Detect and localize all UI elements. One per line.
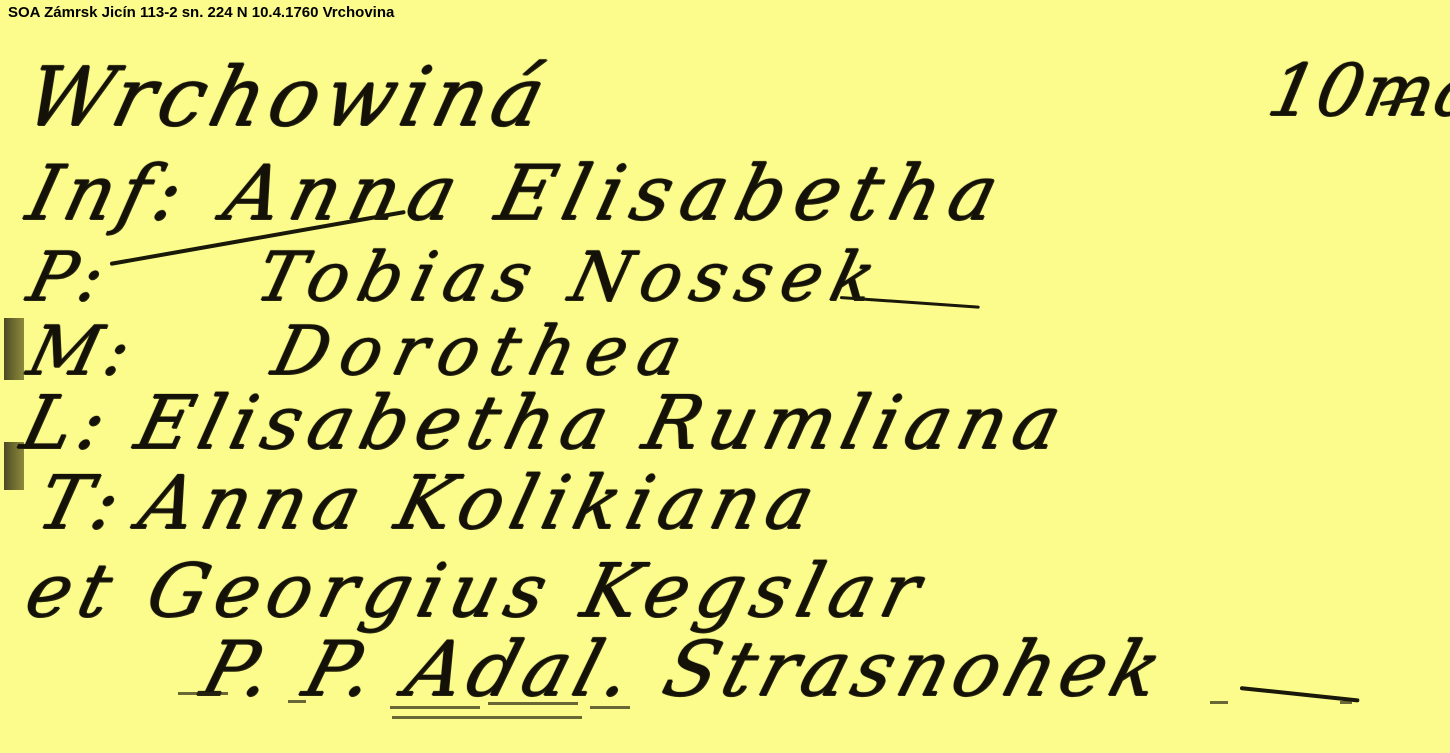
underline-mark	[1210, 701, 1228, 704]
line-father: P:Tobias Nossek	[20, 238, 893, 317]
line-label: T:	[29, 460, 134, 546]
line-text: P. P. Adal. Strasnohek	[192, 624, 1177, 713]
underline-mark	[288, 700, 306, 703]
line-place-name: Wrchowiná	[16, 50, 560, 145]
folio-mark: 10ma	[1261, 48, 1450, 132]
underline-mark	[488, 702, 578, 705]
line-label: Inf:	[19, 148, 198, 237]
line-godparent-1: L:Elisabetha Rumliana	[13, 380, 1077, 466]
scan-edge-shadow	[4, 318, 24, 380]
document-caption: SOA Zámrsk Jicín 113-2 sn. 224 N 10.4.17…	[8, 4, 394, 21]
line-text: Anna Kolikiana	[131, 460, 830, 546]
line-infant: Inf:Anna Elisabetha	[19, 148, 1017, 237]
line-godparent-3: et Georgius Kegslar	[17, 548, 936, 634]
underline-mark	[390, 706, 480, 709]
underline-mark	[590, 706, 630, 709]
line-label: P:	[20, 238, 118, 317]
underline-mark	[392, 716, 582, 719]
underline-mark	[178, 692, 228, 695]
underline-mark	[1340, 701, 1352, 704]
line-label: L:	[13, 380, 121, 466]
line-godparent-2: T:Anna Kolikiana	[29, 460, 830, 546]
line-text: Wrchowiná	[16, 50, 560, 145]
line-priest-signature: P. P. Adal. Strasnohek	[192, 624, 1177, 713]
line-text: et Georgius Kegslar	[17, 548, 936, 634]
line-text: Tobias Nossek	[248, 238, 893, 317]
line-text: Elisabetha Rumliana	[127, 380, 1077, 466]
